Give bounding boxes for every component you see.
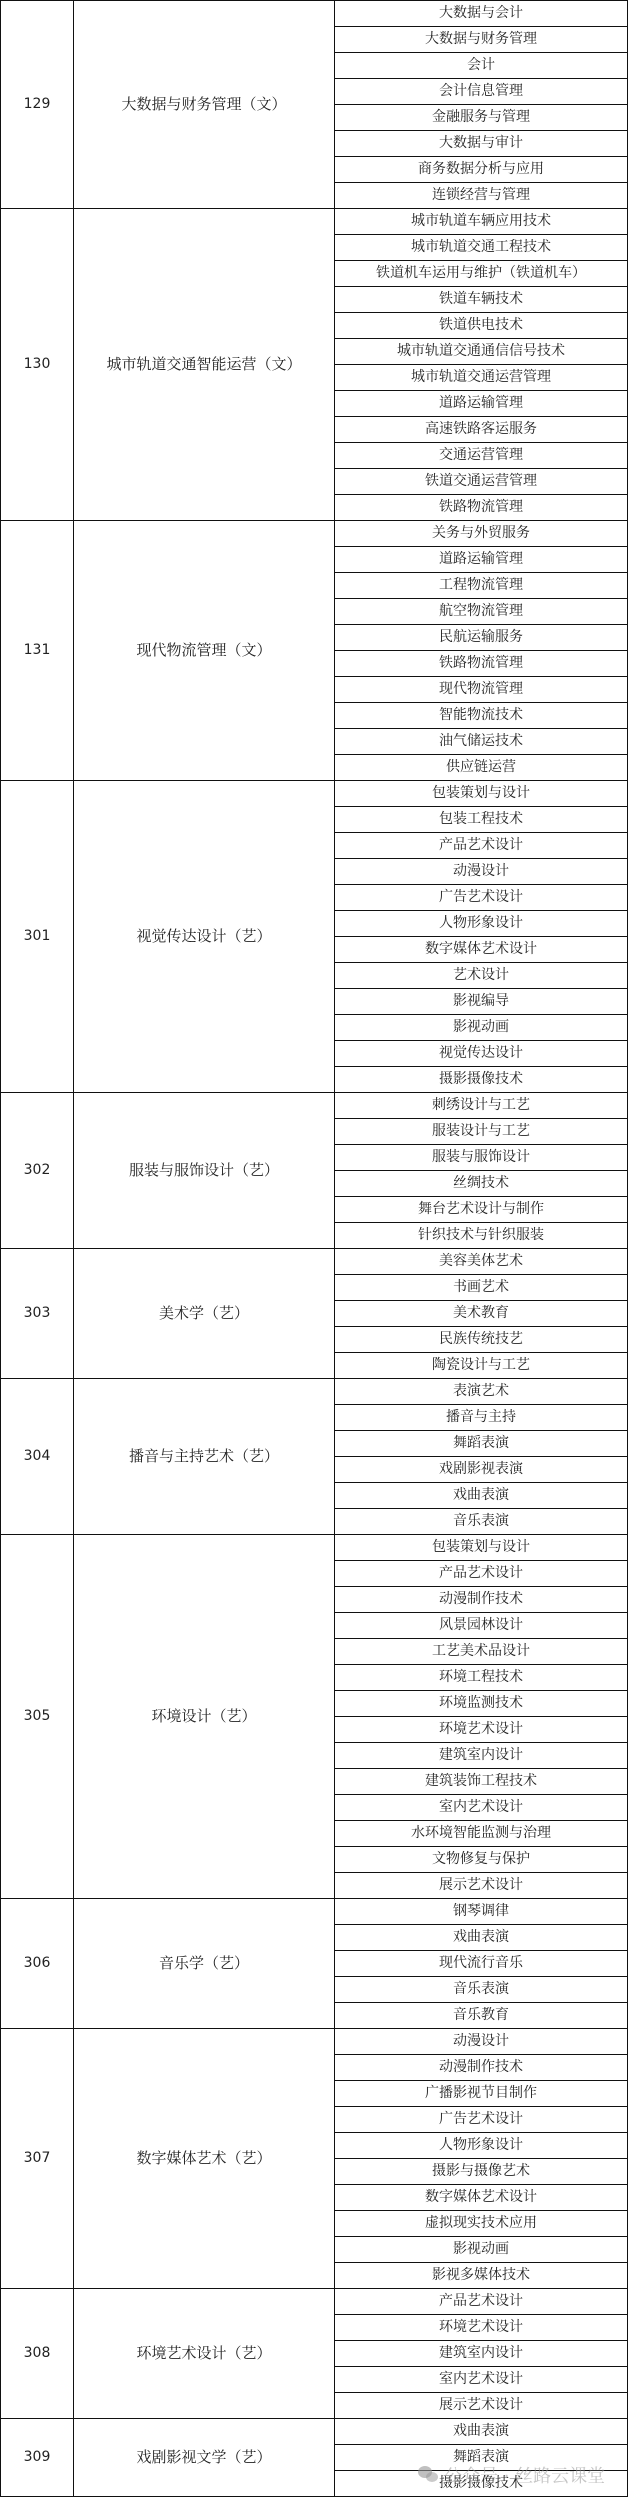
major-cell: 影视多媒体技术: [335, 2263, 628, 2289]
major-cell: 钢琴调律: [335, 1899, 628, 1925]
major-cell: 舞台艺术设计与制作: [335, 1197, 628, 1223]
major-cell: 美容美体艺术: [335, 1249, 628, 1275]
major-cell: 丝绸技术: [335, 1171, 628, 1197]
group-name-cell: 大数据与财务管理（文）: [74, 1, 335, 209]
major-cell: 风景园林设计: [335, 1613, 628, 1639]
table-row: 309戏剧影视文学（艺）戏曲表演: [1, 2419, 628, 2445]
group-code-cell: 308: [1, 2289, 74, 2419]
major-cell: 表演艺术: [335, 1379, 628, 1405]
major-cell: 城市轨道车辆应用技术: [335, 209, 628, 235]
group-code-cell: 306: [1, 1899, 74, 2029]
major-cell: 书画艺术: [335, 1275, 628, 1301]
major-cell: 展示艺术设计: [335, 2393, 628, 2419]
major-cell: 数字媒体艺术设计: [335, 937, 628, 963]
major-cell: 民族传统技艺: [335, 1327, 628, 1353]
major-cell: 商务数据分析与应用: [335, 157, 628, 183]
major-cell: 水环境智能监测与治理: [335, 1821, 628, 1847]
major-cell: 影视动画: [335, 2237, 628, 2263]
major-cell: 戏曲表演: [335, 2419, 628, 2445]
major-cell: 铁路物流管理: [335, 495, 628, 521]
major-cell: 服装设计与工艺: [335, 1119, 628, 1145]
major-cell: 环境监测技术: [335, 1691, 628, 1717]
major-cell: 民航运输服务: [335, 625, 628, 651]
major-cell: 摄影摄像技术: [335, 1067, 628, 1093]
group-code-cell: 309: [1, 2419, 74, 2497]
table-row: 308环境艺术设计（艺）产品艺术设计: [1, 2289, 628, 2315]
group-name-cell: 视觉传达设计（艺）: [74, 781, 335, 1093]
major-cell: 铁路物流管理: [335, 651, 628, 677]
major-cell: 供应链运营: [335, 755, 628, 781]
major-cell: 铁道车辆技术: [335, 287, 628, 313]
major-cell: 城市轨道交通运营管理: [335, 365, 628, 391]
major-cell: 影视动画: [335, 1015, 628, 1041]
major-cell: 舞蹈表演: [335, 2445, 628, 2471]
major-cell: 包装工程技术: [335, 807, 628, 833]
major-cell: 播音与主持: [335, 1405, 628, 1431]
major-cell: 环境工程技术: [335, 1665, 628, 1691]
major-cell: 城市轨道交通工程技术: [335, 235, 628, 261]
major-cell: 动漫设计: [335, 859, 628, 885]
major-cell: 现代物流管理: [335, 677, 628, 703]
major-cell: 道路运输管理: [335, 547, 628, 573]
table-body: 129大数据与财务管理（文）大数据与会计大数据与财务管理会计会计信息管理金融服务…: [1, 1, 628, 2497]
major-cell: 会计信息管理: [335, 79, 628, 105]
group-name-cell: 现代物流管理（文）: [74, 521, 335, 781]
table-row: 304播音与主持艺术（艺）表演艺术: [1, 1379, 628, 1405]
major-cell: 广告艺术设计: [335, 885, 628, 911]
group-name-cell: 播音与主持艺术（艺）: [74, 1379, 335, 1535]
major-cell: 针织技术与针织服装: [335, 1223, 628, 1249]
major-cell: 包装策划与设计: [335, 781, 628, 807]
group-name-cell: 戏剧影视文学（艺）: [74, 2419, 335, 2497]
major-cell: 动漫设计: [335, 2029, 628, 2055]
table-row: 305环境设计（艺）包装策划与设计: [1, 1535, 628, 1561]
majors-table: 129大数据与财务管理（文）大数据与会计大数据与财务管理会计会计信息管理金融服务…: [0, 0, 628, 2497]
major-cell: 戏曲表演: [335, 1925, 628, 1951]
table-row: 129大数据与财务管理（文）大数据与会计: [1, 1, 628, 27]
table-row: 301视觉传达设计（艺）包装策划与设计: [1, 781, 628, 807]
major-cell: 陶瓷设计与工艺: [335, 1353, 628, 1379]
major-cell: 文物修复与保护: [335, 1847, 628, 1873]
major-cell: 建筑装饰工程技术: [335, 1769, 628, 1795]
major-cell: 金融服务与管理: [335, 105, 628, 131]
major-cell: 美术教育: [335, 1301, 628, 1327]
major-cell: 现代流行音乐: [335, 1951, 628, 1977]
major-cell: 数字媒体艺术设计: [335, 2185, 628, 2211]
major-cell: 建筑室内设计: [335, 2341, 628, 2367]
group-name-cell: 数字媒体艺术（艺）: [74, 2029, 335, 2289]
major-cell: 工程物流管理: [335, 573, 628, 599]
major-cell: 铁道交通运营管理: [335, 469, 628, 495]
group-name-cell: 美术学（艺）: [74, 1249, 335, 1379]
major-cell: 展示艺术设计: [335, 1873, 628, 1899]
major-cell: 产品艺术设计: [335, 1561, 628, 1587]
major-cell: 工艺美术品设计: [335, 1639, 628, 1665]
major-cell: 铁道机车运用与维护（铁道机车）: [335, 261, 628, 287]
major-cell: 城市轨道交通通信信号技术: [335, 339, 628, 365]
major-cell: 会计: [335, 53, 628, 79]
table-row: 302服装与服饰设计（艺）刺绣设计与工艺: [1, 1093, 628, 1119]
major-cell: 艺术设计: [335, 963, 628, 989]
major-cell: 航空物流管理: [335, 599, 628, 625]
major-cell: 室内艺术设计: [335, 2367, 628, 2393]
major-cell: 油气储运技术: [335, 729, 628, 755]
major-cell: 广播影视节目制作: [335, 2081, 628, 2107]
major-cell: 道路运输管理: [335, 391, 628, 417]
major-cell: 摄影摄像技术: [335, 2471, 628, 2497]
major-cell: 连锁经营与管理: [335, 183, 628, 209]
major-cell: 人物形象设计: [335, 911, 628, 937]
major-cell: 舞蹈表演: [335, 1431, 628, 1457]
major-cell: 动漫制作技术: [335, 1587, 628, 1613]
group-code-cell: 305: [1, 1535, 74, 1899]
major-cell: 虚拟现实技术应用: [335, 2211, 628, 2237]
group-name-cell: 环境艺术设计（艺）: [74, 2289, 335, 2419]
major-cell: 包装策划与设计: [335, 1535, 628, 1561]
major-cell: 音乐表演: [335, 1977, 628, 2003]
group-code-cell: 131: [1, 521, 74, 781]
major-cell: 摄影与摄像艺术: [335, 2159, 628, 2185]
group-code-cell: 301: [1, 781, 74, 1093]
major-cell: 音乐表演: [335, 1509, 628, 1535]
group-name-cell: 城市轨道交通智能运营（文）: [74, 209, 335, 521]
major-cell: 室内艺术设计: [335, 1795, 628, 1821]
group-name-cell: 服装与服饰设计（艺）: [74, 1093, 335, 1249]
major-cell: 建筑室内设计: [335, 1743, 628, 1769]
major-cell: 动漫制作技术: [335, 2055, 628, 2081]
major-cell: 刺绣设计与工艺: [335, 1093, 628, 1119]
major-cell: 视觉传达设计: [335, 1041, 628, 1067]
table-row: 306音乐学（艺）钢琴调律: [1, 1899, 628, 1925]
major-cell: 大数据与会计: [335, 1, 628, 27]
group-name-cell: 音乐学（艺）: [74, 1899, 335, 2029]
major-cell: 人物形象设计: [335, 2133, 628, 2159]
group-code-cell: 129: [1, 1, 74, 209]
table-row: 307数字媒体艺术（艺）动漫设计: [1, 2029, 628, 2055]
major-cell: 产品艺术设计: [335, 2289, 628, 2315]
group-code-cell: 304: [1, 1379, 74, 1535]
table-row: 130城市轨道交通智能运营（文）城市轨道车辆应用技术: [1, 209, 628, 235]
major-cell: 环境艺术设计: [335, 2315, 628, 2341]
major-cell: 戏曲表演: [335, 1483, 628, 1509]
major-cell: 产品艺术设计: [335, 833, 628, 859]
major-cell: 戏剧影视表演: [335, 1457, 628, 1483]
group-code-cell: 307: [1, 2029, 74, 2289]
major-cell: 服装与服饰设计: [335, 1145, 628, 1171]
table-row: 303美术学（艺）美容美体艺术: [1, 1249, 628, 1275]
major-cell: 高速铁路客运服务: [335, 417, 628, 443]
table-row: 131现代物流管理（文）关务与外贸服务: [1, 521, 628, 547]
major-cell: 交通运营管理: [335, 443, 628, 469]
major-cell: 环境艺术设计: [335, 1717, 628, 1743]
major-cell: 广告艺术设计: [335, 2107, 628, 2133]
major-cell: 铁道供电技术: [335, 313, 628, 339]
group-code-cell: 302: [1, 1093, 74, 1249]
group-code-cell: 303: [1, 1249, 74, 1379]
major-cell: 影视编导: [335, 989, 628, 1015]
major-cell: 关务与外贸服务: [335, 521, 628, 547]
group-name-cell: 环境设计（艺）: [74, 1535, 335, 1899]
group-code-cell: 130: [1, 209, 74, 521]
major-cell: 大数据与财务管理: [335, 27, 628, 53]
major-cell: 大数据与审计: [335, 131, 628, 157]
major-cell: 音乐教育: [335, 2003, 628, 2029]
major-cell: 智能物流技术: [335, 703, 628, 729]
